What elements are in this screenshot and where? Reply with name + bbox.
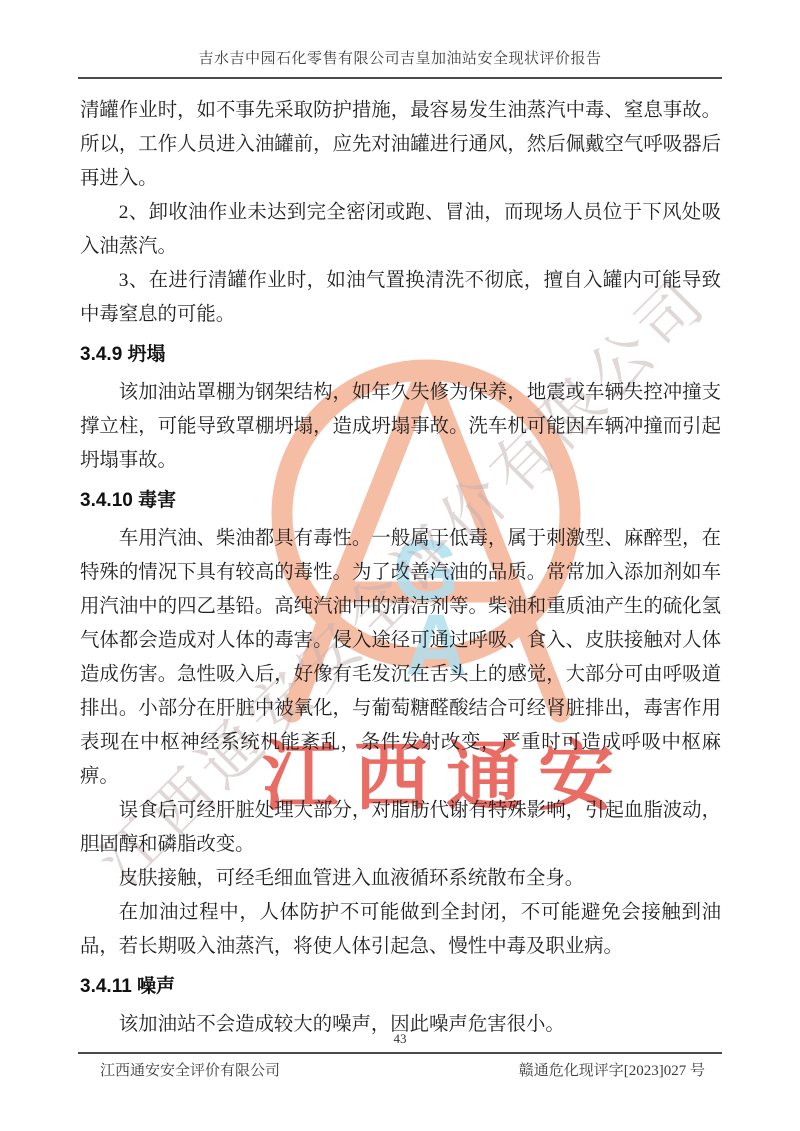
- document-body: 清罐作业时，如不事先采取防护措施，最容易发生油蒸汽中毒、窒息事故。所以，工作人员…: [80, 94, 721, 1042]
- paragraph: 清罐作业时，如不事先采取防护措施，最容易发生油蒸汽中毒、窒息事故。所以，工作人员…: [80, 94, 721, 196]
- page-header-title: 吉水吉中园石化零售有限公司吉皇加油站安全现状评价报告: [0, 47, 800, 68]
- document-page: G A 江西通安安全评价有限公司 江西通安 吉水吉中园石化零售有限公司吉皇加油站…: [0, 0, 800, 1131]
- section-heading-3-4-10: 3.4.10 毒害: [80, 488, 721, 514]
- paragraph: 该加油站罩棚为钢架结构，如年久失修为保养，地震或车辆失控冲撞支撑立柱，可能导致罩…: [80, 376, 721, 478]
- paragraph: 误食后可经肝脏处理大部分，对脂肪代谢有特殊影响，引起血脂波动，胆固醇和磷脂改变。: [80, 794, 721, 862]
- paragraph: 在加油过程中，人体防护不可能做到全封闭，不可能避免会接触到油品，若长期吸入油蒸汽…: [80, 896, 721, 964]
- footer-document-number: 赣通危化现评字[2023]027 号: [519, 1059, 705, 1080]
- footer-rule: [78, 1052, 722, 1054]
- section-heading-3-4-9: 3.4.9 坍塌: [80, 342, 721, 368]
- footer-company-name: 江西通安安全评价有限公司: [100, 1059, 280, 1080]
- section-heading-3-4-11: 3.4.11 噪声: [80, 974, 721, 1000]
- header-rule: [78, 77, 722, 79]
- page-number: 43: [0, 1031, 800, 1047]
- paragraph: 2、卸收油作业未达到完全密闭或跑、冒油，而现场人员位于下风处吸入油蒸汽。: [80, 196, 721, 264]
- paragraph: 车用汽油、柴油都具有毒性。一般属于低毒，属于刺激型、麻醉型，在特殊的情况下具有较…: [80, 522, 721, 794]
- paragraph: 3、在进行清罐作业时，如油气置换清洗不彻底，擅自入罐内可能导致中毒窒息的可能。: [80, 264, 721, 332]
- paragraph: 皮肤接触，可经毛细血管进入血液循环系统散布全身。: [80, 862, 721, 896]
